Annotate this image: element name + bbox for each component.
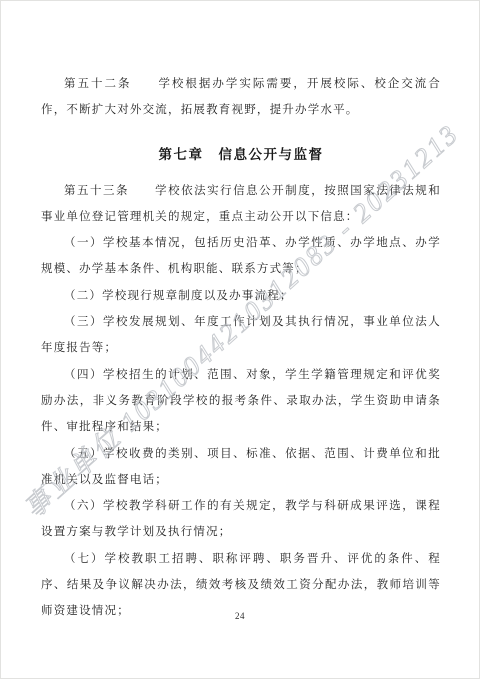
document-content: 第五十二条 学校根据办学实际需要，开展校际、校企交流合作，不断扩大对外交流，拓展… — [41, 71, 441, 625]
paragraph-item-2: （二）学校现行规章制度以及办事流程； — [41, 283, 441, 309]
paragraph-item-6: （六）学校教学科研工作的有关规定，教学与科研成果评选，课程设置方案与教学计划及执… — [41, 493, 441, 546]
chapter-heading: 第七章 信息公开与监督 — [41, 124, 441, 178]
paragraph-item-3: （三）学校发展规划、年度工作计划及其执行情况，事业单位法人年度报告等； — [41, 309, 441, 362]
paragraph-article-53: 第五十三条 学校依法实行信息公开制度，按照国家法律法规和事业单位登记管理机关的规… — [41, 178, 441, 231]
paragraph-item-4: （四）学校招生的计划、范围、对象，学生学籍管理规定和评优奖励办法，非义务教育阶段… — [41, 362, 441, 441]
document-page: 事业单位 10310044210312083 - 20231213 第五十二条 … — [0, 0, 480, 679]
page-number: 24 — [1, 611, 479, 621]
paragraph-item-1: （一）学校基本情况，包括历史沿革、办学性质、办学地点、办学规模、办学基本条件、机… — [41, 230, 441, 283]
paragraph-article-52: 第五十二条 学校根据办学实际需要，开展校际、校企交流合作，不断扩大对外交流，拓展… — [41, 71, 441, 124]
paragraph-item-5: （五）学校收费的类别、项目、标准、依据、范围、计费单位和批准机关以及监督电话； — [41, 441, 441, 494]
